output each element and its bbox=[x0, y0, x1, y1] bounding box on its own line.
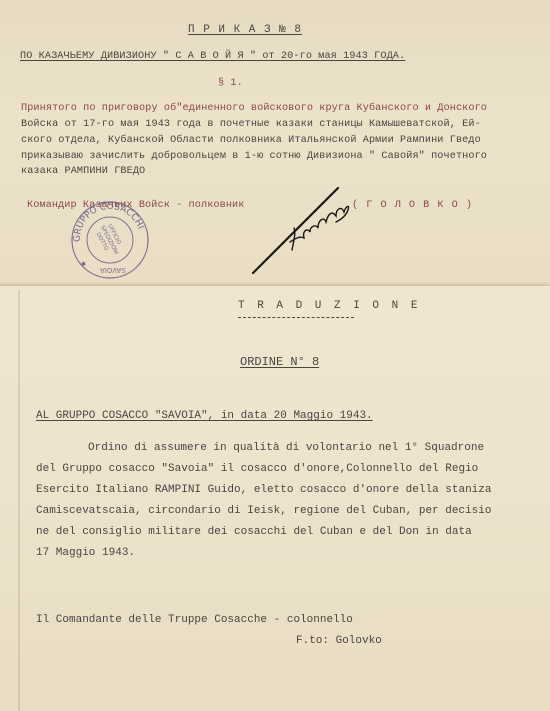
russian-body-line: приказываю зачислить добровольцем в 1-ю … bbox=[21, 151, 487, 162]
addressee-line: AL GRUPPO COSACCO "SAVOIA", in data 20 M… bbox=[36, 410, 373, 422]
signatory-name: F.to: Golovko bbox=[296, 635, 382, 647]
russian-subtitle: ПО КАЗАЧЬЕМУ ДИВИЗИОНУ " С А В О Й Я " о… bbox=[20, 51, 405, 62]
heading-underline bbox=[238, 317, 354, 318]
section-number: § 1. bbox=[218, 78, 243, 89]
russian-body-line: Принятого по приговору об"единенного вой… bbox=[21, 103, 487, 114]
italian-body-line: 17 Maggio 1943. bbox=[36, 547, 135, 559]
russian-body-line: Войска от 17-го мая 1943 года в почетные… bbox=[21, 119, 481, 130]
order-title: ORDINE N° 8 bbox=[240, 355, 319, 369]
russian-body-line: ского отдела, Кубанской Области полковни… bbox=[21, 135, 481, 146]
italian-body-line: Camiscevatscaia, circondario di Ieisk, r… bbox=[36, 505, 491, 517]
italian-body-line: del Gruppo cosacco "Savoia" il cosacco d… bbox=[36, 463, 478, 475]
russian-body-line: казака РАМПИНИ ГВЕДО bbox=[21, 166, 145, 177]
handwritten-signature bbox=[250, 180, 380, 280]
svg-text:SAVOIA: SAVOIA bbox=[100, 266, 126, 274]
italian-body-line: ne del consiglio militare dei cosacchi d… bbox=[36, 526, 472, 538]
russian-title: П Р И К А З № 8 bbox=[188, 24, 302, 36]
signatory-title: Il Comandante delle Truppe Cosacche - co… bbox=[36, 614, 353, 626]
official-stamp: GRUPPO COSACCHI SAVOIA ✱ UFFICIO SPEDIZI… bbox=[68, 196, 152, 280]
svg-text:✱: ✱ bbox=[81, 260, 86, 269]
italian-body-line: Esercito Italiano RAMPINI Guido, eletto … bbox=[36, 484, 491, 496]
paper-fold bbox=[18, 290, 20, 711]
translation-heading: T R A D U Z I O N E bbox=[238, 300, 420, 312]
italian-translation-sheet: T R A D U Z I O N E ORDINE N° 8 AL GRUPP… bbox=[0, 286, 550, 711]
italian-body-line: Ordino di assumere in qualità di volonta… bbox=[88, 442, 484, 454]
russian-order-sheet: П Р И К А З № 8 ПО КАЗАЧЬЕМУ ДИВИЗИОНУ "… bbox=[0, 0, 550, 290]
